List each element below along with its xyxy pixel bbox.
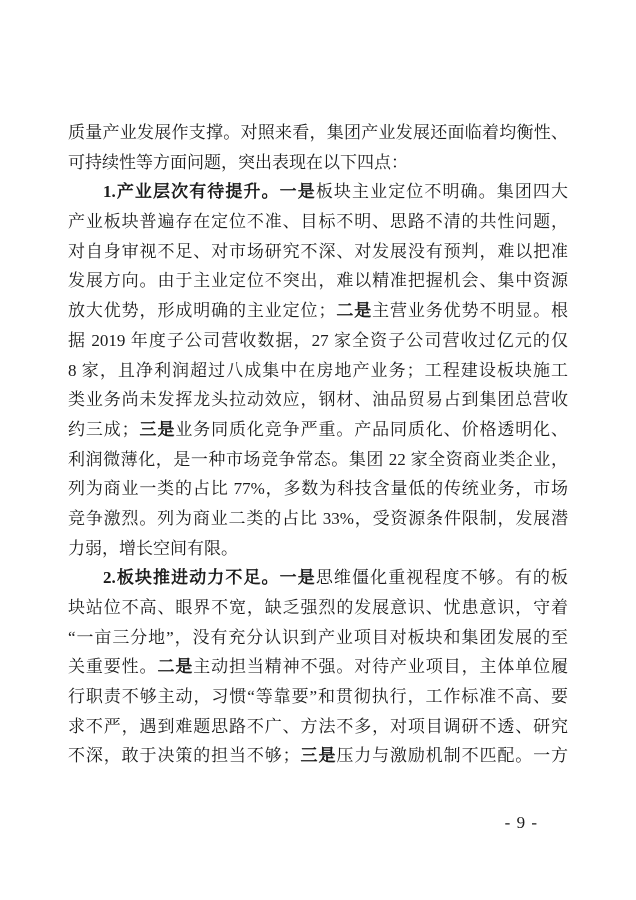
text-line: 行职责不够主动，习惯“等靠要”和贯彻执行，工作标准不高、要 bbox=[68, 682, 568, 712]
body-text: 列为商业一类的占比 77%，多数为科技含量低的传统业务，市场 bbox=[68, 479, 568, 498]
body-text: “一亩三分地”，没有充分认识到产业项目对板块和集团发展的至 bbox=[68, 628, 568, 647]
body-text: 板块主业定位不明确。集团四大 bbox=[316, 182, 568, 201]
text-line: 对自身审视不足、对市场研究不深、对发展没有预判，难以把准 bbox=[68, 237, 568, 267]
text-line: 求不严，遇到难题思路不广、方法不多，对项目调研不透、研究 bbox=[68, 712, 568, 742]
body-text: 思维僵化重视程度不够。有的板 bbox=[316, 568, 568, 587]
text-line: 约三成；三是业务同质化竞争严重。产品同质化、价格透明化、 bbox=[68, 415, 568, 445]
body-text: 块站位不高、眼界不宽，缺乏强烈的发展意识、忧患意识，守着 bbox=[68, 598, 568, 617]
body-text: 不深，敢于决策的担当不够； bbox=[68, 746, 300, 765]
body-text: 行职责不够主动，习惯“等靠要”和贯彻执行，工作标准不高、要 bbox=[68, 687, 568, 706]
emphasis-text: 三是 bbox=[300, 746, 337, 765]
text-line: 质量产业发展作支撑。对照来看，集团产业发展还面临着均衡性、 bbox=[68, 118, 568, 148]
emphasis-text: 二是 bbox=[157, 657, 193, 676]
text-line: 1.产业层次有待提升。一是板块主业定位不明确。集团四大 bbox=[68, 177, 568, 207]
text-block: 质量产业发展作支撑。对照来看，集团产业发展还面临着均衡性、可持续性等方面问题，突… bbox=[68, 118, 568, 771]
body-text: 发展方向。由于主业定位不突出，难以精准把握机会、集中资源 bbox=[68, 271, 568, 290]
text-line: 块站位不高、眼界不宽，缺乏强烈的发展意识、忧患意识，守着 bbox=[68, 593, 568, 623]
text-line: 竞争激烈。列为商业二类的占比 33%，受资源条件限制，发展潜 bbox=[68, 504, 568, 534]
text-line: 可持续性等方面问题，突出表现在以下四点： bbox=[68, 148, 568, 178]
body-text: 竞争激烈。列为商业二类的占比 33%，受资源条件限制，发展潜 bbox=[68, 509, 568, 528]
text-line: 类业务尚未发挥龙头拉动效应，钢材、油品贸易占到集团总营收 bbox=[68, 385, 568, 415]
body-text: 利润微薄化，是一种市场竞争常态。集团 22 家全资商业类企业， bbox=[68, 450, 568, 469]
emphasis-text: 二是 bbox=[335, 301, 372, 320]
text-line: 产业板块普遍存在定位不准、目标不明、思路不清的共性问题， bbox=[68, 207, 568, 237]
text-line: 列为商业一类的占比 77%，多数为科技含量低的传统业务，市场 bbox=[68, 474, 568, 504]
body-text: 业务同质化竞争严重。产品同质化、价格透明化、 bbox=[175, 420, 568, 439]
body-text: 8 家，且净利润超过八成集中在房地产业务；工程建设板块施工 bbox=[68, 361, 568, 380]
emphasis-text: 2.板块推进动力不足。一是 bbox=[103, 568, 316, 587]
text-line: 发展方向。由于主业定位不突出，难以精准把握机会、集中资源 bbox=[68, 266, 568, 296]
text-line: 8 家，且净利润超过八成集中在房地产业务；工程建设板块施工 bbox=[68, 356, 568, 386]
emphasis-text: 1.产业层次有待提升。一是 bbox=[103, 182, 316, 201]
text-line: 2.板块推进动力不足。一是思维僵化重视程度不够。有的板 bbox=[68, 563, 568, 593]
body-text: 主营业务优势不明显。根 bbox=[372, 301, 568, 320]
text-line: 据 2019 年度子公司营收数据，27 家全资子公司营收过亿元的仅 bbox=[68, 326, 568, 356]
body-text: 产业板块普遍存在定位不准、目标不明、思路不清的共性问题， bbox=[68, 212, 568, 231]
page-number: - 9 - bbox=[505, 813, 538, 833]
document-page: 质量产业发展作支撑。对照来看，集团产业发展还面临着均衡性、可持续性等方面问题，突… bbox=[0, 0, 636, 900]
body-text: 关重要性。 bbox=[68, 657, 157, 676]
body-text: 可持续性等方面问题，突出表现在以下四点： bbox=[68, 153, 408, 172]
body-text: 类业务尚未发挥龙头拉动效应，钢材、油品贸易占到集团总营收 bbox=[68, 390, 568, 409]
body-text: 力弱，增长空间有限。 bbox=[68, 539, 238, 558]
text-line: 不深，敢于决策的担当不够；三是压力与激励机制不匹配。一方 bbox=[68, 741, 568, 771]
text-line: “一亩三分地”，没有充分认识到产业项目对板块和集团发展的至 bbox=[68, 623, 568, 653]
text-line: 放大优势，形成明确的主业定位；二是主营业务优势不明显。根 bbox=[68, 296, 568, 326]
text-line: 关重要性。二是主动担当精神不强。对待产业项目，主体单位履 bbox=[68, 652, 568, 682]
body-text: 主动担当精神不强。对待产业项目，主体单位履 bbox=[193, 657, 568, 676]
body-text: 放大优势，形成明确的主业定位； bbox=[68, 301, 335, 320]
text-line: 利润微薄化，是一种市场竞争常态。集团 22 家全资商业类企业， bbox=[68, 445, 568, 475]
body-text: 据 2019 年度子公司营收数据，27 家全资子公司营收过亿元的仅 bbox=[68, 331, 568, 350]
body-text: 压力与激励机制不匹配。一方 bbox=[336, 746, 568, 765]
body-text: 求不严，遇到难题思路不广、方法不多，对项目调研不透、研究 bbox=[68, 717, 568, 736]
body-text: 约三成； bbox=[68, 420, 139, 439]
body-text: 质量产业发展作支撑。对照来看，集团产业发展还面临着均衡性、 bbox=[68, 123, 568, 142]
text-line: 力弱，增长空间有限。 bbox=[68, 534, 568, 564]
body-text: 对自身审视不足、对市场研究不深、对发展没有预判，难以把准 bbox=[68, 242, 568, 261]
emphasis-text: 三是 bbox=[139, 420, 176, 439]
